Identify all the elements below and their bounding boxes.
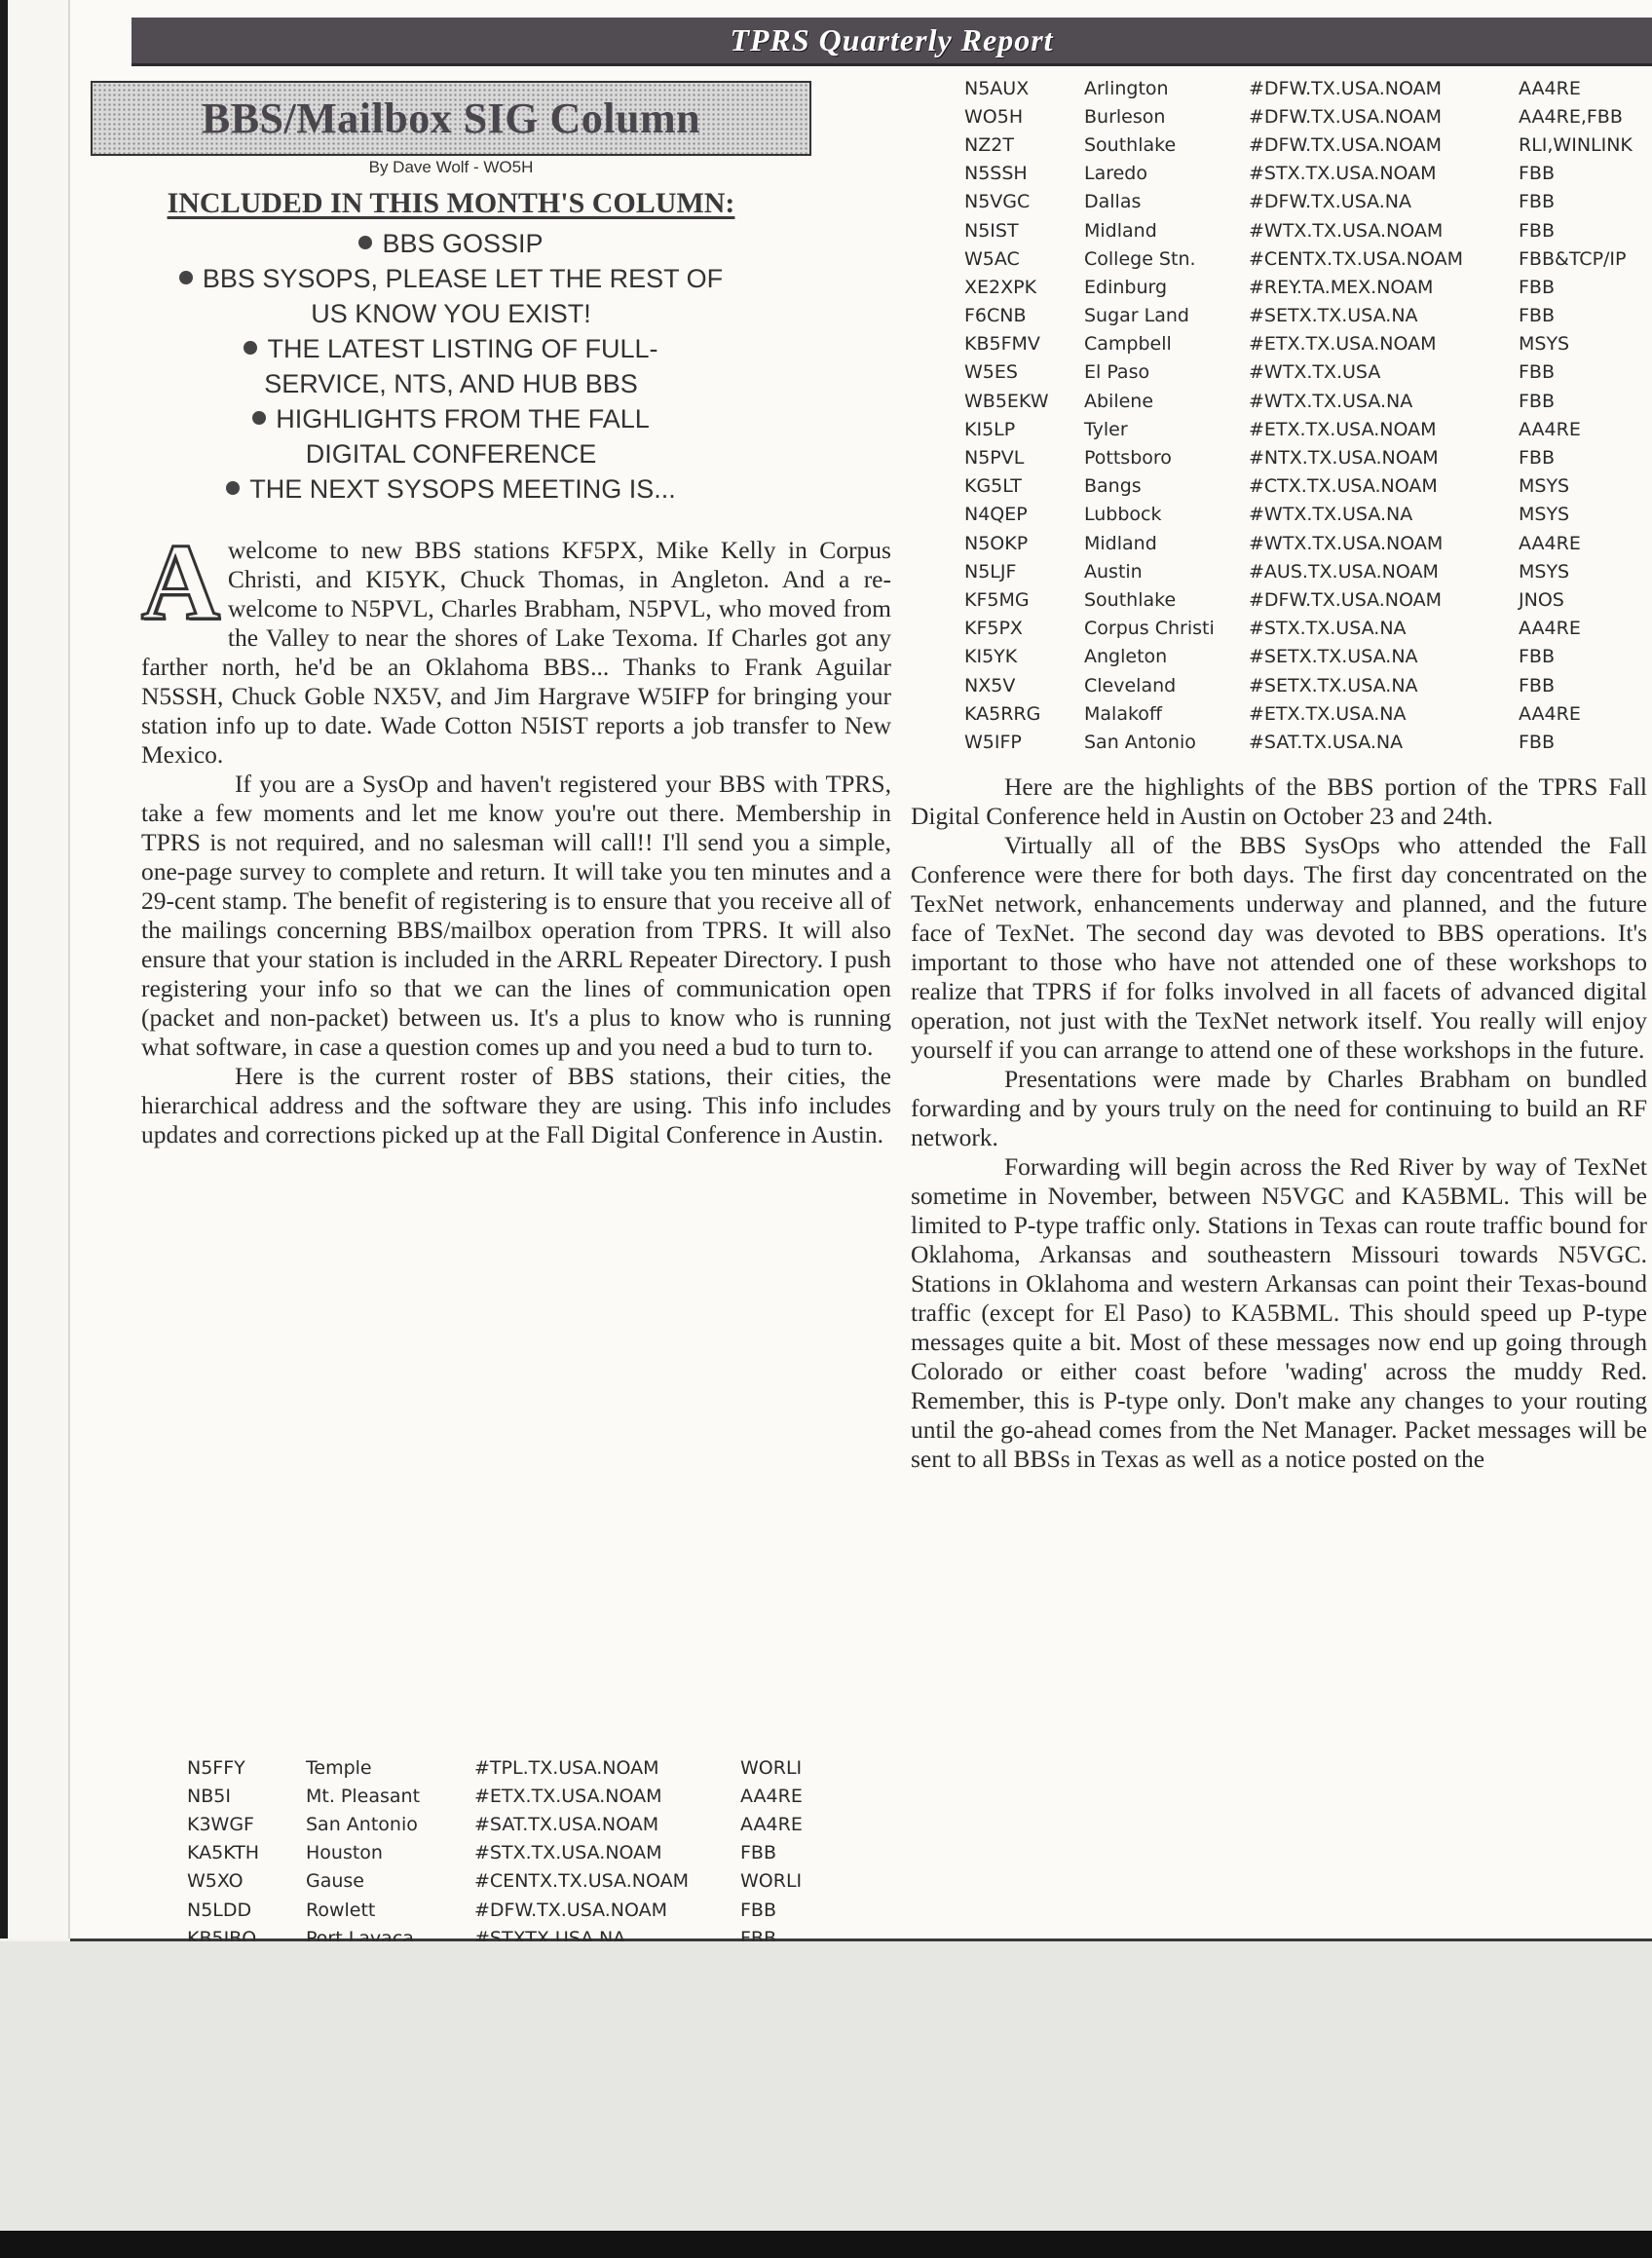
roster-hierarchical-address: #WTX.TX.USA (1249, 358, 1519, 387)
roster-software: WORLI (740, 1753, 807, 1782)
roster-row: N5FFYTemple#TPL.TX.USA.NOAMWORLI (187, 1753, 807, 1782)
roster-city: Cleveland (1084, 671, 1249, 699)
roster-row: W5ACCollege Stn.#CENTX.TX.USA.NOAMFBB&TC… (964, 245, 1633, 273)
roster-software: FBB (1519, 358, 1633, 387)
roster-city: Corpus Christi (1084, 615, 1249, 643)
roster-row: N5ISTMidland#WTX.TX.USA.NOAMFBB (964, 216, 1633, 245)
roster-row: KB5FMVCampbell#ETX.TX.USA.NOAMMSYS (964, 330, 1633, 358)
roster-hierarchical-address: #DFW.TX.USA.NOAM (1249, 102, 1519, 131)
roster-callsign: KF5MG (964, 585, 1084, 614)
roster-city: Dallas (1084, 188, 1249, 216)
roster-software: AA4RE (740, 1782, 807, 1810)
roster-software: MSYS (1519, 472, 1633, 501)
roster-city: San Antonio (306, 1810, 474, 1838)
registration-paragraph: If you are a SysOp and haven't registere… (141, 770, 891, 1062)
roster-callsign: F6CNB (964, 302, 1084, 330)
roster-software: WORLI (740, 1867, 807, 1896)
sysops-attendance-paragraph: Virtually all of the BBS SysOps who atte… (911, 831, 1647, 1065)
roster-city: Mt. Pleasant (306, 1782, 474, 1810)
roster-row: N4QEPLubbock#WTX.TX.USA.NAMSYS (964, 501, 1633, 529)
roster-city: Malakoff (1084, 699, 1249, 728)
roster-hierarchical-address: #WTX.TX.USA.NA (1249, 387, 1519, 415)
scanner-edge (0, 2231, 1652, 2258)
roster-callsign: N5IST (964, 216, 1084, 245)
bullet-icon (358, 236, 372, 249)
intro-paragraph: Awelcome to new BBS stations KF5PX, Mike… (141, 536, 891, 770)
roster-hierarchical-address: #SETX.TX.USA.NA (1249, 643, 1519, 671)
roster-software: AA4RE (1519, 615, 1633, 643)
roster-software: AA4RE (1519, 699, 1633, 728)
roster-city: Gause (306, 1867, 474, 1896)
roster-callsign: KA5RRG (964, 699, 1084, 728)
roster-software: AA4RE (1519, 415, 1633, 443)
roster-hierarchical-address: #TPL.TX.USA.NOAM (474, 1753, 740, 1782)
roster-software: FBB (1519, 443, 1633, 471)
roster-row: KI5YKAngleton#SETX.TX.USA.NAFBB (964, 643, 1633, 671)
roster-callsign: N5OKP (964, 529, 1084, 557)
roster-city: Southlake (1084, 131, 1249, 159)
masthead-banner: TPRS Quarterly Report (131, 18, 1652, 66)
roster-city: Burleson (1084, 102, 1249, 131)
roster-software: FBB (1519, 273, 1633, 301)
roster-hierarchical-address: #SETX.TX.USA.NA (1249, 671, 1519, 699)
roster-software: FBB (1519, 643, 1633, 671)
roster-hierarchical-address: #STX.TX.USA.NOAM (1249, 160, 1519, 188)
roster-software: JNOS (1519, 585, 1633, 614)
roster-hierarchical-address: #REY.TA.MEX.NOAM (1249, 273, 1519, 301)
roster-city: Sugar Land (1084, 302, 1249, 330)
roster-callsign: KB5FMV (964, 330, 1084, 358)
roster-software: FBB (740, 1839, 807, 1867)
roster-row: W5XOGause#CENTX.TX.USA.NOAMWORLI (187, 1867, 807, 1896)
roster-callsign: KA5KTH (187, 1839, 306, 1867)
column-title: BBS/Mailbox SIG Column (202, 94, 700, 143)
roster-city: Arlington (1084, 74, 1249, 102)
roster-hierarchical-address: #ETX.TX.USA.NOAM (1249, 415, 1519, 443)
roster-callsign: N5AUX (964, 74, 1084, 102)
roster-row: W5ESEl Paso#WTX.TX.USAFBB (964, 358, 1633, 387)
roster-callsign: N5SSH (964, 160, 1084, 188)
contents-heading: INCLUDED IN THIS MONTH'S COLUMN: (91, 187, 811, 220)
scanner-bed (0, 1941, 1652, 2234)
contents-list: BBS GOSSIP BBS SYSOPS, PLEASE LET THE RE… (91, 226, 811, 507)
roster-hierarchical-address: #NTX.TX.USA.NOAM (1249, 443, 1519, 471)
roster-software: MSYS (1519, 501, 1633, 529)
roster-callsign: N5VGC (964, 188, 1084, 216)
roster-city: Bangs (1084, 472, 1249, 501)
roster-software: FBB (1519, 216, 1633, 245)
roster-hierarchical-address: #WTX.TX.USA.NOAM (1249, 529, 1519, 557)
roster-hierarchical-address: #SAT.TX.USA.NA (1249, 728, 1519, 756)
roster-row: N5LDDRowlett#DFW.TX.USA.NOAMFBB (187, 1896, 807, 1924)
roster-callsign: W5ES (964, 358, 1084, 387)
roster-hierarchical-address: #CTX.TX.USA.NOAM (1249, 472, 1519, 501)
roster-callsign: KI5YK (964, 643, 1084, 671)
roster-software: AA4RE (1519, 529, 1633, 557)
roster-row: WB5EKWAbilene#WTX.TX.USA.NAFBB (964, 387, 1633, 415)
roster-callsign: WO5H (964, 102, 1084, 131)
byline: By Dave Wolf - WO5H (91, 158, 811, 177)
roster-hierarchical-address: #SAT.TX.USA.NOAM (474, 1810, 740, 1838)
roster-software: FBB (1519, 671, 1633, 699)
contents-item: BBS GOSSIP (91, 226, 811, 261)
roster-city: El Paso (1084, 358, 1249, 387)
roster-city: San Antonio (1084, 728, 1249, 756)
roster-hierarchical-address: #STX.TX.USA.NA (1249, 615, 1519, 643)
previous-page-edge (8, 0, 70, 1938)
roster-hierarchical-address: #DFW.TX.USA.NOAM (1249, 585, 1519, 614)
roster-city: Houston (306, 1839, 474, 1867)
roster-row: K3WGFSan Antonio#SAT.TX.USA.NOAMAA4RE (187, 1810, 807, 1838)
roster-row: KA5KTHHouston#STX.TX.USA.NOAMFBB (187, 1839, 807, 1867)
roster-callsign: KF5PX (964, 615, 1084, 643)
forwarding-paragraph: Forwarding will begin across the Red Riv… (911, 1152, 1647, 1474)
roster-row: KF5PXCorpus Christi#STX.TX.USA.NAAA4RE (964, 615, 1633, 643)
conference-highlights-paragraph: Here are the highlights of the BBS porti… (911, 772, 1647, 831)
bbs-roster-table-right: N5AUXArlington#DFW.TX.USA.NOAMAA4REWO5HB… (964, 74, 1633, 757)
roster-hierarchical-address: #DFW.TX.USA.NOAM (474, 1896, 740, 1924)
roster-software: FBB (1519, 160, 1633, 188)
roster-city: Midland (1084, 216, 1249, 245)
contents-item: BBS SYSOPS, PLEASE LET THE REST OF US KN… (178, 261, 724, 331)
roster-city: Angleton (1084, 643, 1249, 671)
roster-city: Austin (1084, 557, 1249, 585)
roster-software: FBB (1519, 302, 1633, 330)
column-title-box: BBS/Mailbox SIG Column (91, 81, 811, 156)
roster-row: N5OKPMidland#WTX.TX.USA.NOAMAA4RE (964, 529, 1633, 557)
roster-hierarchical-address: #ETX.TX.USA.NOAM (474, 1782, 740, 1810)
roster-callsign: K3WGF (187, 1810, 306, 1838)
roster-row: N5LJFAustin#AUS.TX.USA.NOAMMSYS (964, 557, 1633, 585)
roster-row: N5VGCDallas#DFW.TX.USA.NAFBB (964, 188, 1633, 216)
roster-row: N5AUXArlington#DFW.TX.USA.NOAMAA4RE (964, 74, 1633, 102)
roster-city: College Stn. (1084, 245, 1249, 273)
roster-row: KI5LPTyler#ETX.TX.USA.NOAMAA4RE (964, 415, 1633, 443)
contents-item: THE NEXT SYSOPS MEETING IS... (91, 471, 811, 507)
roster-callsign: W5IFP (964, 728, 1084, 756)
contents-item: HIGHLIGHTS FROM THE FALL DIGITAL CONFERE… (207, 401, 695, 471)
roster-hierarchical-address: #CENTX.TX.USA.NOAM (474, 1867, 740, 1896)
presentations-paragraph: Presentations were made by Charles Brabh… (911, 1065, 1647, 1152)
roster-city: Abilene (1084, 387, 1249, 415)
roster-city: Midland (1084, 529, 1249, 557)
roster-callsign: N5FFY (187, 1753, 306, 1782)
left-article-body: Awelcome to new BBS stations KF5PX, Mike… (141, 536, 891, 1149)
roster-callsign: XE2XPK (964, 273, 1084, 301)
roster-row: F6CNBSugar Land#SETX.TX.USA.NAFBB (964, 302, 1633, 330)
roster-city: Campbell (1084, 330, 1249, 358)
roster-callsign: NX5V (964, 671, 1084, 699)
roster-software: AA4RE (1519, 74, 1633, 102)
roster-row: XE2XPKEdinburg#REY.TA.MEX.NOAMFBB (964, 273, 1633, 301)
publication-title: TPRS Quarterly Report (730, 22, 1053, 58)
drop-cap: A (141, 538, 220, 627)
roster-callsign: KG5LT (964, 472, 1084, 501)
roster-callsign: W5XO (187, 1867, 306, 1896)
roster-row: NZ2TSouthlake#DFW.TX.USA.NOAMRLI,WINLINK (964, 131, 1633, 159)
roster-row: KF5MGSouthlake#DFW.TX.USA.NOAMJNOS (964, 585, 1633, 614)
roster-row: NB5IMt. Pleasant#ETX.TX.USA.NOAMAA4RE (187, 1782, 807, 1810)
roster-software: MSYS (1519, 330, 1633, 358)
roster-hierarchical-address: #CENTX.TX.USA.NOAM (1249, 245, 1519, 273)
roster-callsign: KI5LP (964, 415, 1084, 443)
roster-software: FBB (740, 1896, 807, 1924)
roster-callsign: NB5I (187, 1782, 306, 1810)
roster-city: Laredo (1084, 160, 1249, 188)
bullet-icon (226, 481, 240, 495)
roster-hierarchical-address: #WTX.TX.USA.NOAM (1249, 216, 1519, 245)
roster-hierarchical-address: #STX.TX.USA.NOAM (474, 1839, 740, 1867)
roster-callsign: WB5EKW (964, 387, 1084, 415)
roster-hierarchical-address: #WTX.TX.USA.NA (1249, 501, 1519, 529)
roster-callsign: N4QEP (964, 501, 1084, 529)
roster-software: FBB (1519, 728, 1633, 756)
roster-hierarchical-address: #DFW.TX.USA.NOAM (1249, 131, 1519, 159)
contents-item: THE LATEST LISTING OF FULL-SERVICE, NTS,… (207, 331, 695, 401)
roster-software: MSYS (1519, 557, 1633, 585)
roster-row: N5PVLPottsboro#NTX.TX.USA.NOAMFBB (964, 443, 1633, 471)
scan-edge (0, 0, 8, 1938)
roster-hierarchical-address: #ETX.TX.USA.NOAM (1249, 330, 1519, 358)
roster-callsign: NZ2T (964, 131, 1084, 159)
roster-callsign: N5LJF (964, 557, 1084, 585)
bullet-icon (252, 411, 266, 425)
roster-city: Temple (306, 1753, 474, 1782)
bullet-icon (244, 341, 257, 355)
roster-hierarchical-address: #DFW.TX.USA.NA (1249, 188, 1519, 216)
roster-software: AA4RE,FBB (1519, 102, 1633, 131)
roster-row: N5SSHLaredo#STX.TX.USA.NOAMFBB (964, 160, 1633, 188)
roster-hierarchical-address: #AUS.TX.USA.NOAM (1249, 557, 1519, 585)
roster-city: Lubbock (1084, 501, 1249, 529)
roster-software: AA4RE (740, 1810, 807, 1838)
roster-callsign: N5LDD (187, 1896, 306, 1924)
roster-city: Edinburg (1084, 273, 1249, 301)
roster-callsign: W5AC (964, 245, 1084, 273)
roster-intro-paragraph: Here is the current roster of BBS statio… (141, 1062, 891, 1149)
roster-hierarchical-address: #SETX.TX.USA.NA (1249, 302, 1519, 330)
roster-software: FBB (1519, 387, 1633, 415)
right-article-body: Here are the highlights of the BBS porti… (911, 772, 1647, 1474)
roster-row: WO5HBurleson#DFW.TX.USA.NOAMAA4RE,FBB (964, 102, 1633, 131)
roster-city: Rowlett (306, 1896, 474, 1924)
roster-row: W5IFPSan Antonio#SAT.TX.USA.NAFBB (964, 728, 1633, 756)
roster-software: FBB&TCP/IP (1519, 245, 1633, 273)
roster-software: FBB (1519, 188, 1633, 216)
roster-row: NX5VCleveland#SETX.TX.USA.NAFBB (964, 671, 1633, 699)
bullet-icon (179, 271, 193, 284)
roster-software: RLI,WINLINK (1519, 131, 1633, 159)
roster-city: Tyler (1084, 415, 1249, 443)
roster-hierarchical-address: #DFW.TX.USA.NOAM (1249, 74, 1519, 102)
roster-hierarchical-address: #ETX.TX.USA.NA (1249, 699, 1519, 728)
roster-city: Pottsboro (1084, 443, 1249, 471)
roster-row: KG5LTBangs#CTX.TX.USA.NOAMMSYS (964, 472, 1633, 501)
roster-callsign: N5PVL (964, 443, 1084, 471)
roster-city: Southlake (1084, 585, 1249, 614)
roster-row: KA5RRGMalakoff#ETX.TX.USA.NAAA4RE (964, 699, 1633, 728)
